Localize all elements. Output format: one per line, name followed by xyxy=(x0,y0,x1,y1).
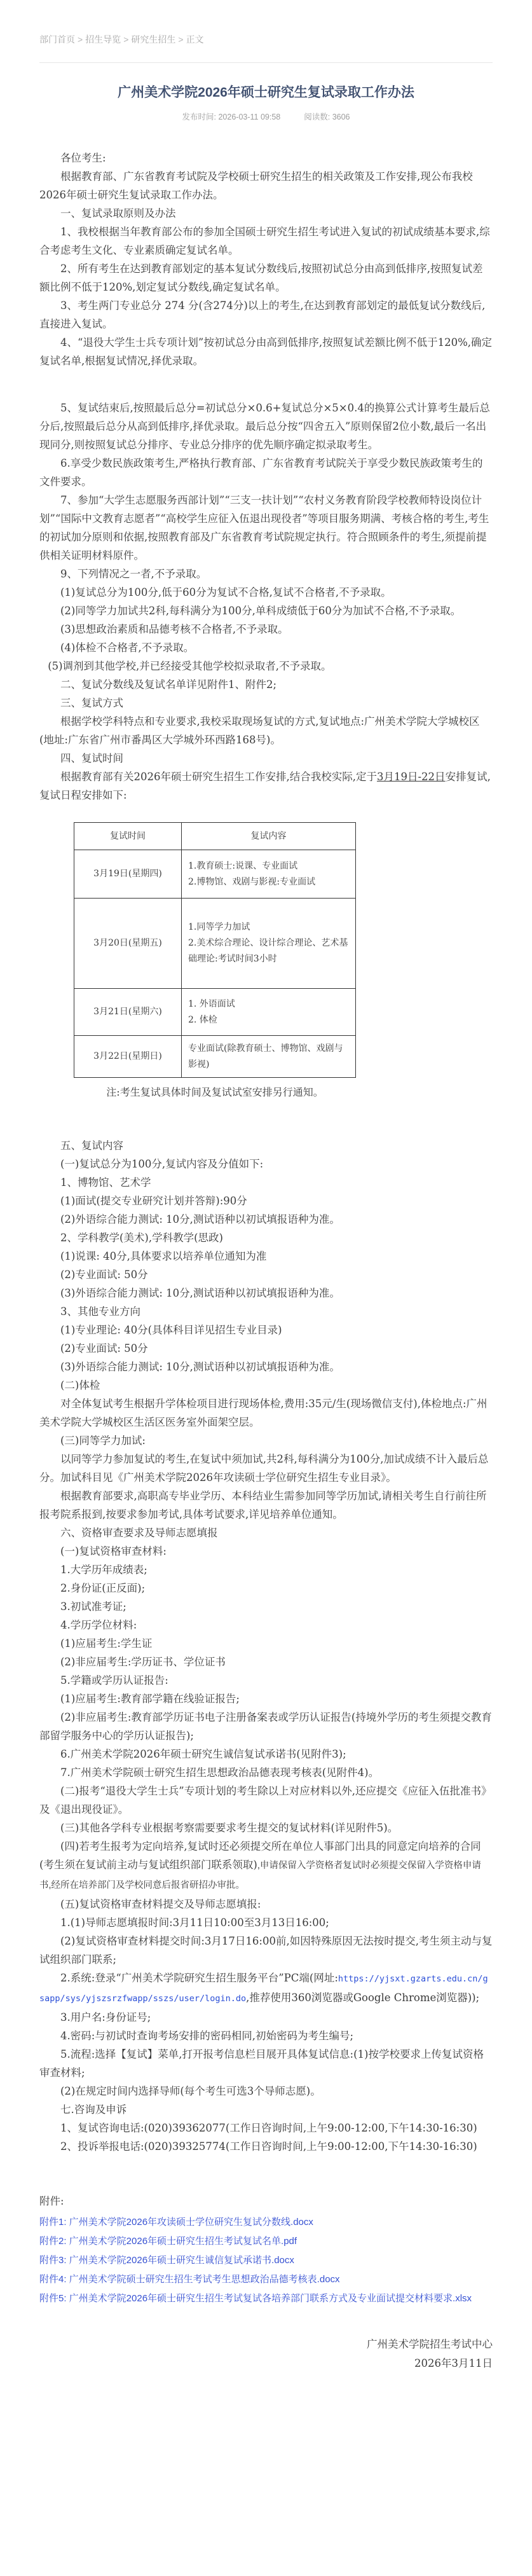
paragraph: 2、所有考生在达到教育部划定的基本复试分数线后,按照初试总分由高到低排序,按照复… xyxy=(39,259,493,296)
breadcrumb-separator: > xyxy=(178,34,183,45)
attachments-label: 附件: xyxy=(39,2193,493,2208)
paragraph: (2)外语综合能力测试: 10分,测试语种以初试填报语种为准。 xyxy=(39,1210,493,1229)
publish-time-label: 发布时间: xyxy=(182,113,216,121)
paragraph: 3.用户名:身份证号; xyxy=(39,2008,493,2027)
views-label: 阅读数: xyxy=(304,113,330,121)
paragraph xyxy=(39,370,493,399)
paragraph: 各位考生: xyxy=(39,149,493,167)
paragraph: 7.广州美术学院硕士研究生招生思想政治品德表现考核表(见附件4)。 xyxy=(39,1763,493,1782)
paragraph: (1)专业理论: 40分(具体科目详见招生专业目录) xyxy=(39,1321,493,1339)
paragraph: 1、我校根据当年教育部公布的参加全国硕士研究生招生考试进入复试的初试成绩基本要求… xyxy=(39,223,493,259)
breadcrumb-item[interactable]: 招生导览 xyxy=(85,34,121,45)
paragraph: 以同等学力参加复试的考生,在复试中须加试,共2科,每科满分为100分,加试成绩不… xyxy=(39,1450,493,1487)
table-note: 注:考生复试具体时间及复试试室安排另行通知。 xyxy=(74,1083,356,1101)
paragraph: 5.流程:选择【复试】菜单,打开报考信息栏目展开具体复试信息:(1)按学校要求上… xyxy=(39,2045,493,2082)
table-cell-content: 专业面试(除教育硕士、博物馆、戏剧与影视) xyxy=(182,1036,356,1078)
table-content-line: 1. 外语面试 xyxy=(188,996,349,1012)
paragraph: (1)复试总分为100分,低于60分为复试不合格,复试不合格者,不予录取。 xyxy=(39,583,493,602)
text-segment: 2.系统:登录“广州美术学院研究生招生服务平台”PC端(网址: xyxy=(60,1972,338,1984)
paragraph: 4、“退役大学生士兵专项计划”按初试总分由高到低排序,按照复试差额比例不低于12… xyxy=(39,333,493,370)
table-row: 3月20日(星期五)1.同等学力加试2.美术综合理论、设计综合理论、艺术基础理论… xyxy=(74,899,356,989)
paragraph: (2)同等学力加试共2科,每科满分为100分,单科成绩低于60分为加试不合格,不… xyxy=(39,602,493,620)
page-title: 广州美术学院2026年硕士研究生复试录取工作办法 xyxy=(46,82,486,101)
attachment-link[interactable]: 附件2: 广州美术学院2026年硕士研究生招生考试复试名单.pdf xyxy=(39,2232,493,2251)
paragraph: 1.(1)导师志愿填报时间:3月11日10:00至3月13日16:00; xyxy=(39,1913,493,1932)
paragraph: 根据教育部要求,高职高专毕业学历、本科结业生需参加同等学历加试,请相关考生自行前… xyxy=(39,1487,493,1524)
paragraph: 一、复试录取原则及办法 xyxy=(39,204,493,223)
paragraph: (2)在规定时间内选择导师(每个考生可选3个导师志愿)。 xyxy=(39,2082,493,2100)
breadcrumb-item[interactable]: 部门首页 xyxy=(39,34,75,45)
breadcrumb: 部门首页>招生导览>研究生招生>正文 xyxy=(39,33,493,46)
paragraph: (五)复试资格审查材料提交及导师志愿填报: xyxy=(39,1895,493,1913)
table-cell-time: 3月19日(星期四) xyxy=(74,850,182,899)
paragraph: 六、资格审查要求及导师志愿填报 xyxy=(39,1524,493,1542)
paragraph: 3、考生两门专业总分 274 分(含274分)以上的考生,在达到教育部划定的最低… xyxy=(39,296,493,333)
breadcrumb-separator: > xyxy=(123,34,128,45)
attachments-list: 附件1: 广州美术学院2026年攻读硕士学位研究生复试分数线.docx附件2: … xyxy=(39,2213,493,2308)
paragraph: (2)专业面试: 50分 xyxy=(39,1339,493,1358)
table-row: 3月22日(星期日)专业面试(除教育硕士、博物馆、戏剧与影视) xyxy=(74,1036,356,1078)
paragraph: 9、下列情况之一者,不予录取。 xyxy=(39,565,493,583)
paragraph: 三、复试方式 xyxy=(39,694,493,712)
paragraph: 二、复试分数线及复试名单详见附件1、附件2; xyxy=(39,675,493,694)
paragraph: (2)复试资格审查材料提交时间:3月17日16:00前,如因特殊原因无法按时提交… xyxy=(39,1932,493,1969)
paragraph: 1.大学历年成绩表; xyxy=(39,1560,493,1579)
attachment-link[interactable]: 附件5: 广州美术学院2026年硕士研究生招生考试复试各培养部门联系方式及专业面… xyxy=(39,2289,493,2308)
paragraph: (1)面试(提交专业研究计划并答辩):90分 xyxy=(39,1192,493,1210)
paragraph: 1、复试咨询电话:(020)39362077(工作日咨询时间,上午9:00-12… xyxy=(39,2119,493,2137)
paragraph: (一)复试总分为100分,复试内容及分值如下: xyxy=(39,1155,493,1173)
paragraph: 2、学科教学(美术),学科教学(思政) xyxy=(39,1229,493,1247)
paragraph: 3.初试准考证; xyxy=(39,1597,493,1616)
paragraph: (4)体检不合格者,不予录取。 xyxy=(39,638,493,657)
breadcrumb-separator: > xyxy=(78,34,83,45)
paragraph: 四、复试时间 xyxy=(39,749,493,768)
paragraph: (二)体检 xyxy=(39,1376,493,1395)
table-content-line: 专业面试(除教育硕士、博物馆、戏剧与影视) xyxy=(188,1041,349,1073)
paragraph: (四)若考生报考为定向培养,复试时还必须提交所在单位人事部门出具的同意定向培养的… xyxy=(39,1837,493,1895)
table-cell-content: 1.教育硕士:说课、专业面试2.博物馆、戏剧与影视:专业面试 xyxy=(182,850,356,899)
table-cell-time: 3月22日(星期日) xyxy=(74,1036,182,1078)
publish-time-value: 2026-03-11 09:58 xyxy=(218,113,280,121)
footer-date: 2026年3月11日 xyxy=(39,2354,493,2373)
schedule-table: 复试时间复试内容 3月19日(星期四)1.教育硕士:说课、专业面试2.博物馆、戏… xyxy=(74,822,356,1078)
body-section-after-table: 五、复试内容(一)复试总分为100分,复试内容及分值如下:1、博物馆、艺术学(1… xyxy=(39,1136,493,2156)
paragraph: 6.享受少数民族政策考生,严格执行教育部、广东省教育考试院关于享受少数民族政策考… xyxy=(39,454,493,491)
paragraph: (3)外语综合能力测试: 10分,测试语种以初试填报语种为准。 xyxy=(39,1284,493,1302)
paragraph: (2)非应届考生:学历证书、学位证书 xyxy=(39,1653,493,1671)
table-cell-content: 1.同等学力加试2.美术综合理论、设计综合理论、艺术基础理论:考试时间3小时 xyxy=(182,899,356,989)
body-section-before-table: 各位考生:根据教育部、广东省教育考试院及学校硕士研究生招生的相关政策及工作安排,… xyxy=(39,149,493,804)
table-column-header: 复试内容 xyxy=(182,823,356,850)
paragraph: 5.学籍或学历认证报告: xyxy=(39,1671,493,1690)
paragraph: (3)外语综合能力测试: 10分,测试语种以初试填报语种为准。 xyxy=(39,1358,493,1376)
attachment-link[interactable]: 附件1: 广州美术学院2026年攻读硕士学位研究生复试分数线.docx xyxy=(39,2213,493,2232)
paragraph: (一)复试资格审查材料: xyxy=(39,1542,493,1560)
table-content-line: 1.同等学力加试 xyxy=(188,920,349,935)
paragraph: (2)专业面试: 50分 xyxy=(39,1265,493,1284)
underlined-date: 3月19日-22日 xyxy=(377,771,446,783)
table-content-line: 1.教育硕士:说课、专业面试 xyxy=(188,858,349,874)
breadcrumb-item[interactable]: 研究生招生 xyxy=(131,34,175,45)
table-cell-content: 1. 外语面试2. 体检 xyxy=(182,989,356,1036)
paragraph: 3、其他专业方向 xyxy=(39,1302,493,1321)
paragraph: 7、参加“大学生志愿服务西部计划”“三支一扶计划”“农村义务教育阶段学校教师特设… xyxy=(39,491,493,565)
paragraph: 5、复试结束后,按照最后总分=初试总分×0.6+复试总分×5×0.4的换算公式计… xyxy=(39,399,493,454)
paragraph: 2.身份证(正反面); xyxy=(39,1579,493,1597)
paragraph: (1)应届考生:教育部学籍在线验证报告; xyxy=(39,1690,493,1708)
article-meta: 发布时间: 2026-03-11 09:58 阅读数: 3606 xyxy=(39,111,493,122)
attachment-link[interactable]: 附件3: 广州美术学院2026年硕士研究生诚信复试承诺书.docx xyxy=(39,2251,493,2270)
paragraph: (三)同等学力加试: xyxy=(39,1431,493,1450)
paragraph: 根据学校学科特点和专业要求,我校采取现场复试的方式,复试地点:广州美术学院大学城… xyxy=(39,712,493,749)
breadcrumb-item: 正文 xyxy=(186,34,204,45)
table-row: 3月21日(星期六)1. 外语面试2. 体检 xyxy=(74,989,356,1036)
footer-org: 广州美术学院招生考试中心 xyxy=(39,2335,493,2354)
table-cell-time: 3月20日(星期五) xyxy=(74,899,182,989)
table-content-line: 2. 体检 xyxy=(188,1012,349,1028)
article-page: 部门首页>招生导览>研究生招生>正文 广州美术学院2026年硕士研究生复试录取工… xyxy=(0,0,532,2576)
paragraph: (5)调剂到其他学校,并已经接受其他学校拟录取者,不予录取。 xyxy=(39,657,493,675)
paragraph: (3)思想政治素质和品德考核不合格者,不予录取。 xyxy=(39,620,493,638)
paragraph: (1)应届考生:学生证 xyxy=(39,1634,493,1653)
table-column-header: 复试时间 xyxy=(74,823,182,850)
paragraph: 2、投诉举报电话:(020)39325774(工作日咨询时间,上午9:00-12… xyxy=(39,2137,493,2156)
paragraph: 4.密码:与初试时查询考场安排的密码相同,初始密码为考生编号; xyxy=(39,2027,493,2045)
paragraph: 根据教育部、广东省教育考试院及学校硕士研究生招生的相关政策及工作安排,现公布我校… xyxy=(39,167,493,204)
article-body: 各位考生:根据教育部、广东省教育考试院及学校硕士研究生招生的相关政策及工作安排,… xyxy=(39,149,493,2156)
table-cell-time: 3月21日(星期六) xyxy=(74,989,182,1036)
text-segment: ,推荐使用360浏览器或Google Chrome浏览器)); xyxy=(246,1992,479,2004)
paragraph: 4.学历学位材料: xyxy=(39,1616,493,1634)
paragraph: 对全体复试考生根据升学体检项目进行现场体检,费用:35元/生(现场微信支付),体… xyxy=(39,1395,493,1431)
divider xyxy=(39,62,493,63)
paragraph: 七.咨询及申诉 xyxy=(39,2100,493,2119)
paragraph: 2.系统:登录“广州美术学院研究生招生服务平台”PC端(网址:https://y… xyxy=(39,1969,493,2008)
table-content-line: 2.博物馆、戏剧与影视:专业面试 xyxy=(188,874,349,890)
paragraph: 五、复试内容 xyxy=(39,1136,493,1155)
paragraph: 6.广州美术学院2026年硕士研究生诚信复试承诺书(见附件3); xyxy=(39,1745,493,1763)
paragraph: 1、博物馆、艺术学 xyxy=(39,1173,493,1192)
article-footer: 广州美术学院招生考试中心 2026年3月11日 xyxy=(39,2335,493,2373)
table-row: 3月19日(星期四)1.教育硕士:说课、专业面试2.博物馆、戏剧与影视:专业面试 xyxy=(74,850,356,899)
views-value: 3606 xyxy=(332,113,350,121)
text-segment: 根据教育部有关2026年硕士研究生招生工作安排,结合我校实际,定于 xyxy=(60,771,377,783)
attachment-link[interactable]: 附件4: 广州美术学院硕士研究生招生考试考生思想政治品德考核表.docx xyxy=(39,2270,493,2289)
paragraph: (二)报考“退役大学生士兵”专项计划的考生除以上对应材料以外,还应提交《应征入伍… xyxy=(39,1782,493,1819)
paragraph: (2)非应届考生:教育部学历证书电子注册备案表或学历认证报告(持境外学历的考生须… xyxy=(39,1708,493,1745)
paragraph: (1)说课: 40分,具体要求以培养单位通知为准 xyxy=(39,1247,493,1265)
table-content-line: 2.美术综合理论、设计综合理论、艺术基础理论:考试时间3小时 xyxy=(188,935,349,967)
paragraph: 根据教育部有关2026年硕士研究生招生工作安排,结合我校实际,定于3月19日-2… xyxy=(39,768,493,804)
attachments-section: 附件: 附件1: 广州美术学院2026年攻读硕士学位研究生复试分数线.docx附… xyxy=(39,2193,493,2308)
paragraph: (三)其他各学科专业根据考察需要要求考生提交的复试材料(详见附件5)。 xyxy=(39,1819,493,1837)
